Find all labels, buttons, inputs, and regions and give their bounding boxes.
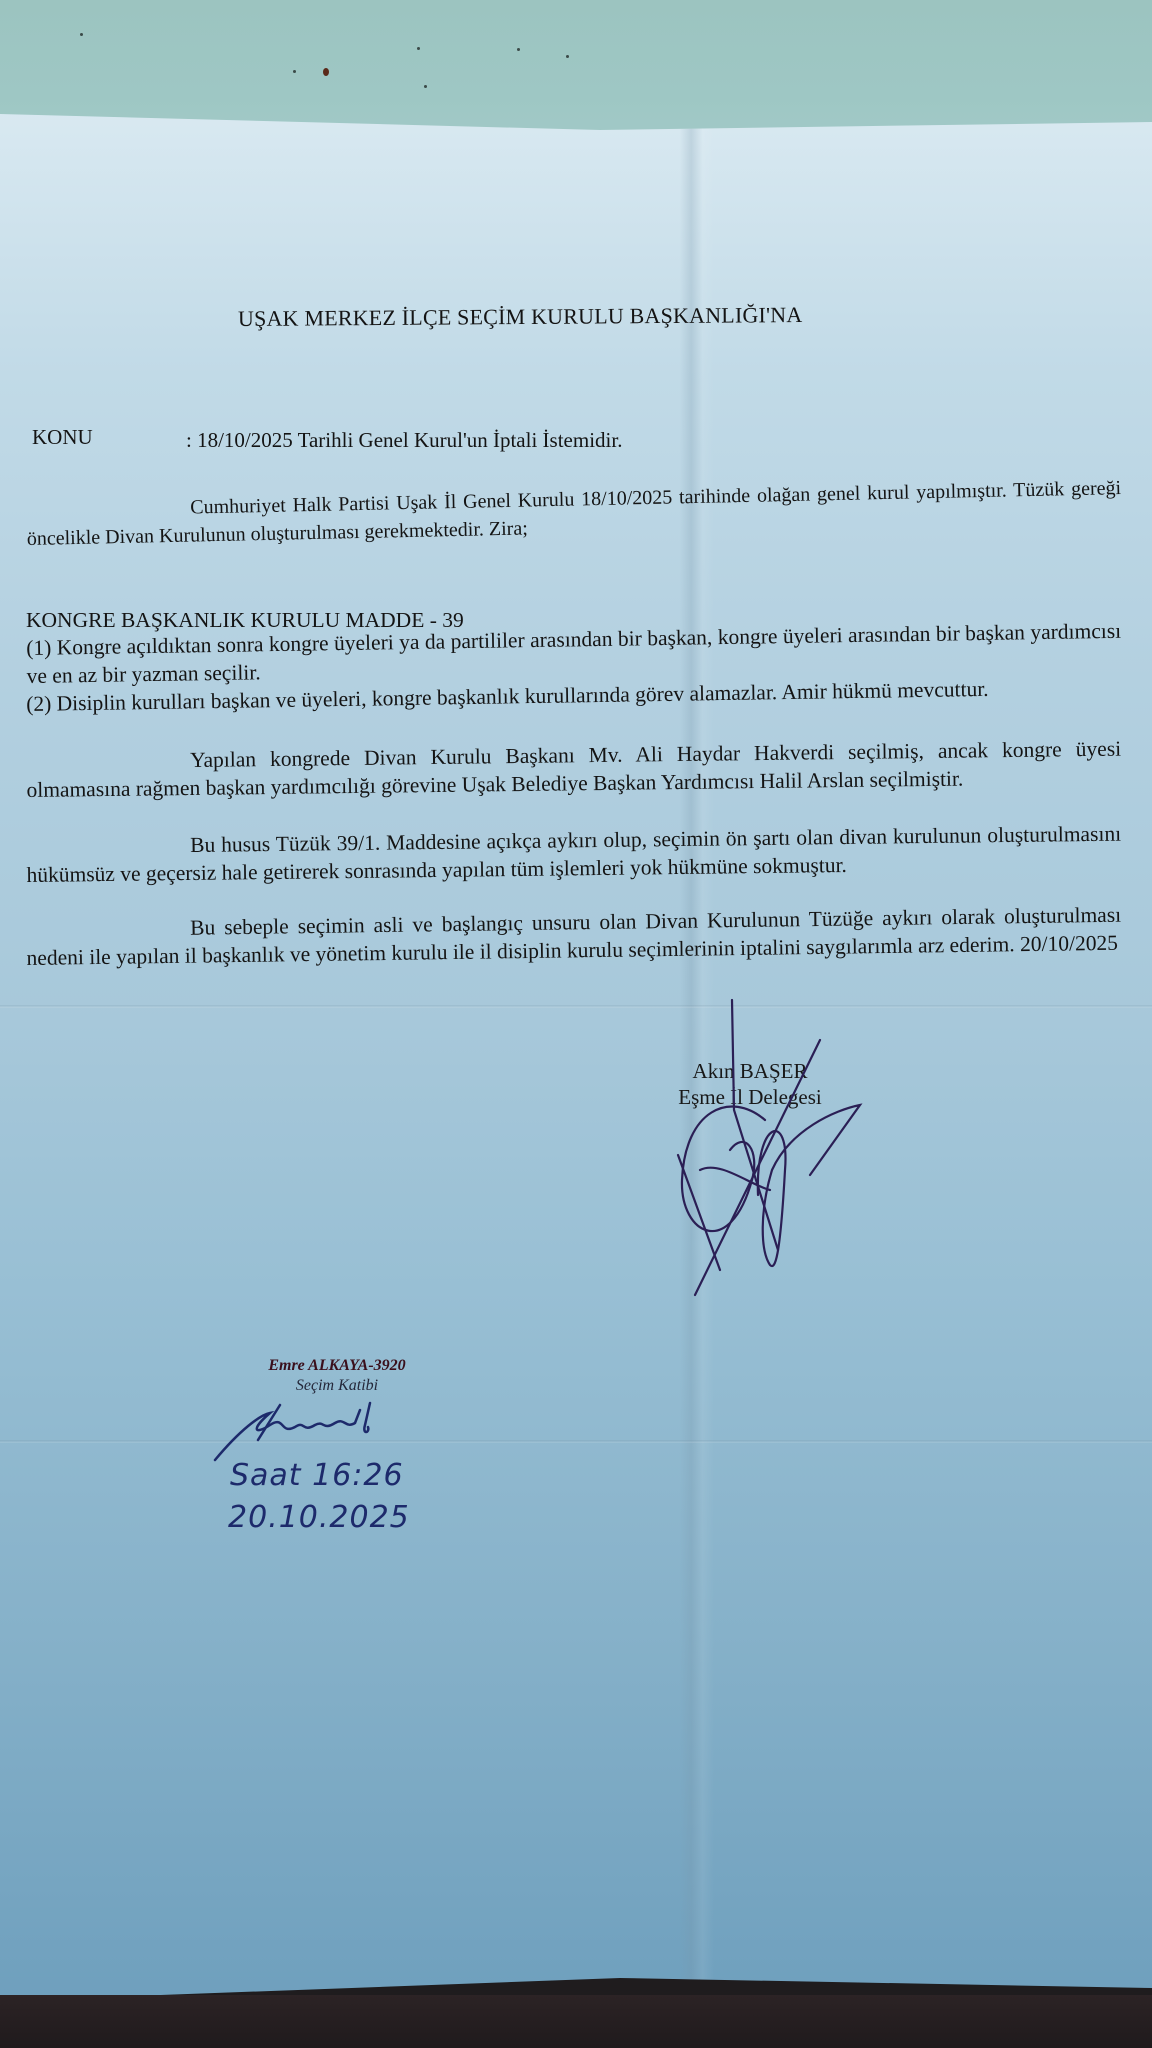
wall-speck bbox=[566, 55, 569, 58]
clerk-role: Seçim Katibi bbox=[252, 1376, 422, 1396]
handwritten-time: Saat 16:26 bbox=[230, 1458, 404, 1493]
wall-speck bbox=[293, 70, 296, 73]
subject-label: KONU bbox=[32, 423, 93, 451]
paper-fold-line bbox=[0, 1440, 1152, 1443]
wall-speck bbox=[424, 85, 427, 88]
wall-speck bbox=[80, 33, 83, 36]
receipt-stamp: Emre ALKAYA-3920 Seçim Katibi bbox=[252, 1356, 422, 1396]
addressee-heading: UŞAK MERKEZ İLÇE SEÇİM KURULU BAŞKANLIĞI… bbox=[238, 301, 803, 333]
clerk-name: Emre ALKAYA-3920 bbox=[252, 1356, 422, 1376]
document-paper bbox=[0, 108, 1152, 2013]
wall-speck bbox=[417, 47, 420, 50]
handwritten-date: 20.10.2025 bbox=[228, 1500, 410, 1535]
background-floor bbox=[0, 1995, 1152, 2048]
paper-fold-line bbox=[0, 1005, 1152, 1008]
signature-icon bbox=[660, 1000, 900, 1320]
wall-speck bbox=[517, 48, 520, 51]
wall-speck bbox=[323, 68, 329, 76]
subject-text: : 18/10/2025 Tarihli Genel Kurul'un İpta… bbox=[186, 426, 622, 454]
